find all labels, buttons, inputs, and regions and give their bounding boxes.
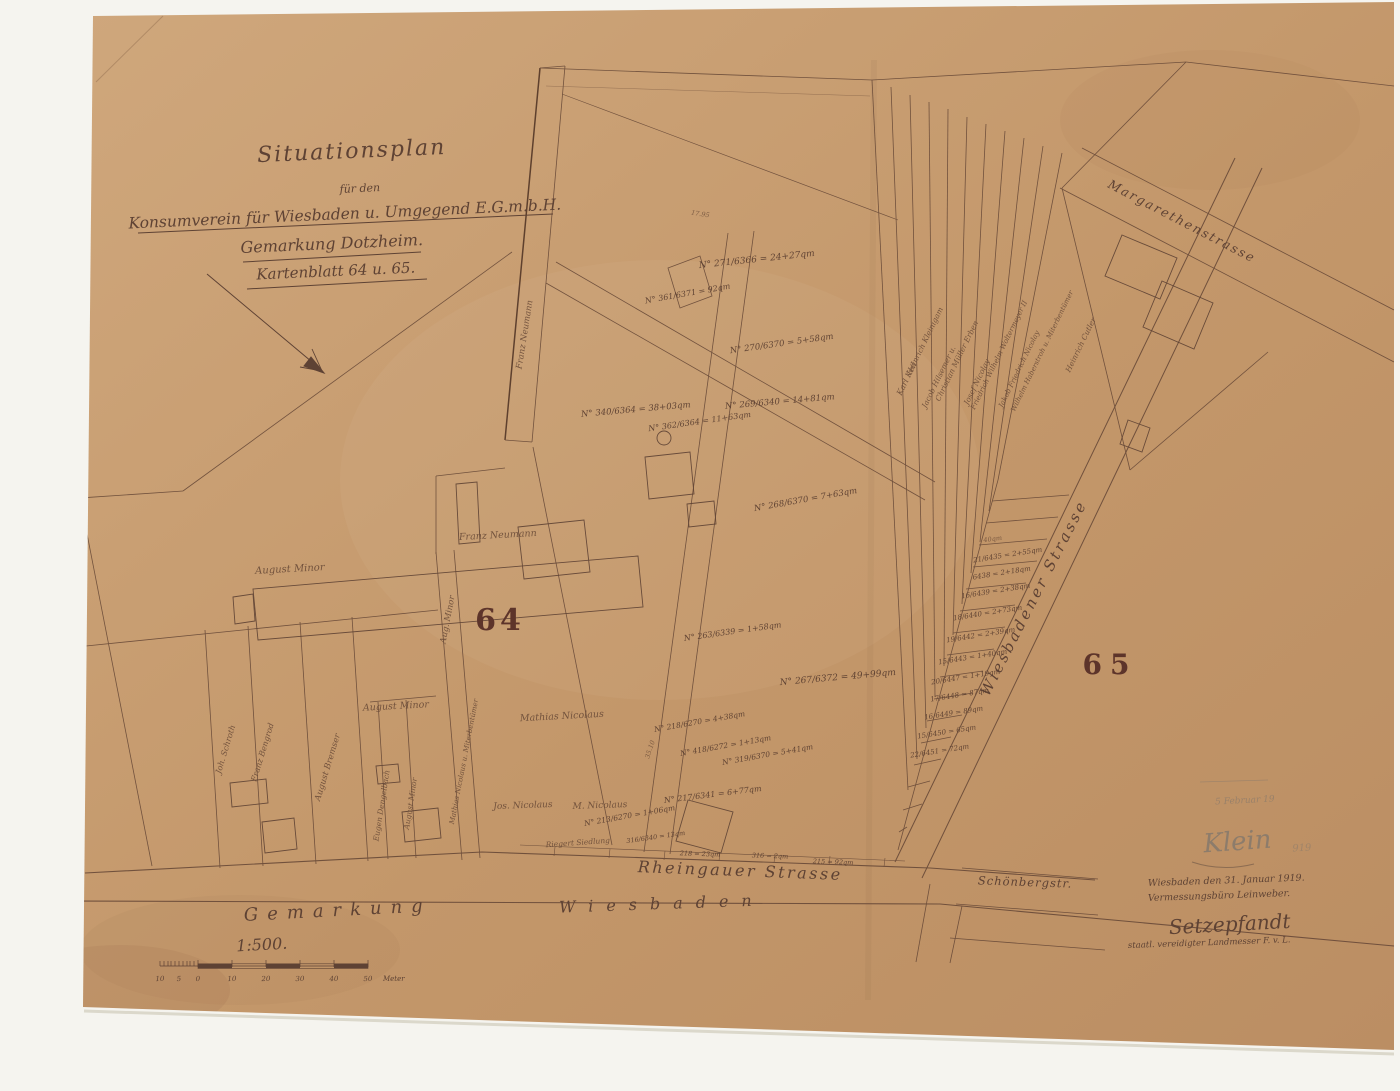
parcel-annotation: 316 = 2qm bbox=[752, 851, 789, 860]
scale-tick-label: 5 bbox=[177, 975, 182, 983]
scale-tick-label: 0 bbox=[196, 975, 201, 983]
owner-label: M. Nicolaus bbox=[571, 800, 628, 812]
situationsplan-scan: Situationsplan für den Konsumverein für … bbox=[0, 0, 1400, 1091]
scale-tick-label: 10 bbox=[155, 975, 165, 983]
parcel-annotation: 215 = 92qm bbox=[812, 857, 854, 866]
parcel-annotation: 218 = 23qm bbox=[679, 849, 721, 858]
scale-tick-label: 40 bbox=[328, 975, 339, 983]
plan-subtitle-1: für den bbox=[338, 181, 380, 196]
sheet-number-65: 65 bbox=[1083, 648, 1138, 681]
scale-ratio: 1:500. bbox=[236, 934, 288, 956]
pencil-number: 919 bbox=[1292, 842, 1312, 854]
scale-tick-label: 20 bbox=[260, 975, 271, 983]
scale-tick-label: 50 bbox=[363, 975, 373, 983]
scale-tick-label: 10 bbox=[227, 975, 237, 983]
pencil-signature: Klein bbox=[1201, 825, 1272, 860]
sheet-number-64: 64 bbox=[475, 603, 525, 638]
scale-unit: Meter bbox=[382, 975, 405, 983]
scale-tick-label: 30 bbox=[295, 975, 305, 983]
